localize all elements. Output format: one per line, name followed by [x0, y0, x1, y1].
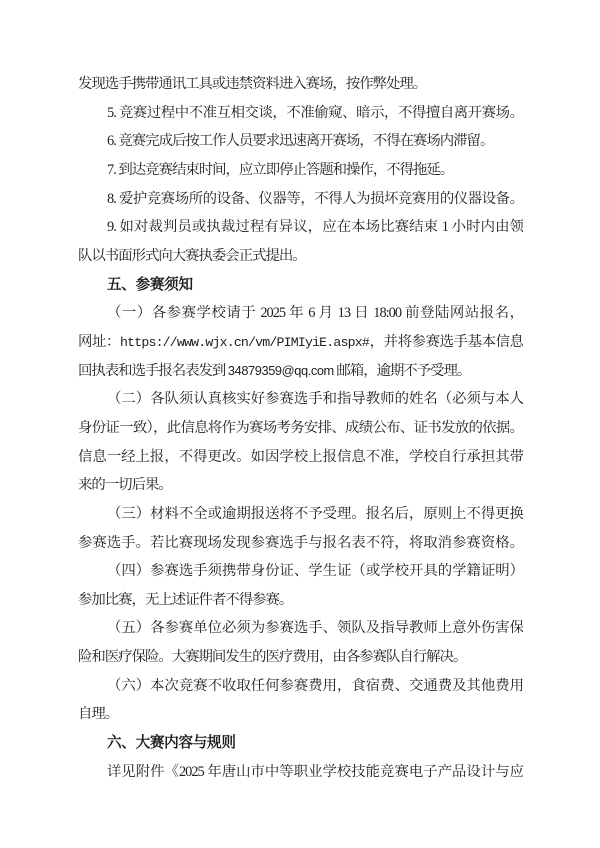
text-run: 信息一经上报，不得更改。如因学校上报信息不准，学校自行承担其带	[78, 449, 523, 465]
document-content: 发现选手携带通讯工具或违禁资料进入赛场，按作弊处理。5. 竞赛过程中不准互相交谈…	[78, 70, 523, 786]
text-run: 6. 竞赛完成后按工作人员要求迅速离开赛场，不得在赛场内滞留。	[107, 133, 493, 149]
rule-item-7: 7. 到达竞赛结束时间，应立即停止答题和操作，不得拖延。	[78, 156, 523, 185]
text-run: （五）各参赛单位必须为参赛选手、领队及指导教师上意外伤害保	[107, 620, 523, 636]
text-run: 五、参赛须知	[107, 277, 193, 293]
rule-item-5: 5. 竞赛过程中不准互相交谈，不准偷窥、暗示，不得擅自离开赛场。	[78, 99, 523, 128]
text-run: （一）各参赛学校请于 2025 年 6 月 13 日 18:00 前登陆网站报名…	[107, 305, 523, 321]
text-run: （三）材料不全或逾期报送将不予受理。报名后，原则上不得更换	[107, 506, 523, 522]
rule-item-9-line-2: 队以书面形式向大赛执委会正式提出。	[78, 242, 523, 271]
text-run: 网址：	[78, 334, 120, 350]
notice-1-line-3: 回执表和选手报名表发到 34879359@qq.com 邮箱，逾期不予受理。	[78, 357, 523, 386]
notice-5-line-1: （五）各参赛单位必须为参赛选手、领队及指导教师上意外伤害保	[78, 614, 523, 643]
text-run: （四）参赛选手须携带身份证、学生证（或学校开具的学籍证明）	[107, 563, 523, 579]
notice-3-line-2: 参赛选手。若比赛现场发现参赛选手与报名表不符，将取消参赛资格。	[78, 529, 523, 558]
rule-item-8: 8. 爱护竞赛场所的设备、仪器等，不得人为损坏竞赛用的仪器设备。	[78, 185, 523, 214]
rule-item-9-line-1: 9. 如对裁判员或执裁过程有异议，应在本场比赛结束 1 小时内由领	[78, 213, 523, 242]
text-run: （二）各队须认真核实好参赛选手和指导教师的姓名（必须与本人	[107, 391, 523, 407]
notice-3-line-1: （三）材料不全或逾期报送将不予受理。报名后，原则上不得更换	[78, 500, 523, 529]
section-6-body-line-1: 详见附件《2025 年唐山市中等职业学校技能竞赛电子产品设计与应	[78, 758, 523, 787]
notice-1-line-1: （一）各参赛学校请于 2025 年 6 月 13 日 18:00 前登陆网站报名…	[78, 299, 523, 328]
notice-6-line-2: 自理。	[78, 700, 523, 729]
text-run: ，并将参赛选手基本信息	[369, 334, 523, 350]
text-run: 参加比赛，无上述证件者不得参赛。	[78, 592, 292, 608]
text-run: 5. 竞赛过程中不准互相交谈，不准偷窥、暗示，不得擅自离开赛场。	[107, 105, 523, 121]
notice-5-line-2: 险和医疗保险。大赛期间发生的医疗费用，由各参赛队自行解决。	[78, 643, 523, 672]
notice-2-line-1: （二）各队须认真核实好参赛选手和指导教师的姓名（必须与本人	[78, 385, 523, 414]
document-page: 发现选手携带通讯工具或违禁资料进入赛场，按作弊处理。5. 竞赛过程中不准互相交谈…	[0, 0, 600, 848]
text-run: 来的一切后果。	[78, 477, 172, 493]
text-run: 自理。	[78, 706, 118, 722]
text-run: 队以书面形式向大赛执委会正式提出。	[78, 248, 306, 264]
notice-2-line-3: 信息一经上报，不得更改。如因学校上报信息不准，学校自行承担其带	[78, 443, 523, 472]
notice-2-line-4: 来的一切后果。	[78, 471, 523, 500]
text-run: 7. 到达竞赛结束时间，应立即停止答题和操作，不得拖延。	[107, 162, 453, 178]
notice-1-line-2: 网址：https://www.wjx.cn/vm/PIMIyiE.aspx#，并…	[78, 328, 523, 357]
heading-section-6: 六、大赛内容与规则	[78, 729, 523, 758]
notice-2-line-2: 身份证一致），此信息将作为赛场考务安排、成绩公布、证书发放的依据。	[78, 414, 523, 443]
registration-url: https://www.wjx.cn/vm/PIMIyiE.aspx#	[120, 335, 369, 350]
text-run: 回执表和选手报名表发到	[78, 363, 228, 379]
text-run: （六）本次竞赛不收取任何参赛费用，食宿费、交通费及其他费用	[107, 678, 523, 694]
notice-4-line-2: 参加比赛，无上述证件者不得参赛。	[78, 586, 523, 615]
text-run: 六、大赛内容与规则	[107, 735, 236, 751]
text-run: 9. 如对裁判员或执裁过程有异议，应在本场比赛结束 1 小时内由领	[107, 219, 523, 235]
text-run: 邮箱，逾期不予受理。	[334, 363, 471, 379]
para-cheating-continuation: 发现选手携带通讯工具或违禁资料进入赛场，按作弊处理。	[78, 70, 523, 99]
text-run: 险和医疗保险。大赛期间发生的医疗费用，由各参赛队自行解决。	[78, 649, 466, 665]
text-run: 发现选手携带通讯工具或违禁资料进入赛场，按作弊处理。	[78, 76, 426, 92]
text-run: 身份证一致），此信息将作为赛场考务安排、成绩公布、证书发放的依据。	[78, 420, 523, 436]
contact-email: 34879359@qq.com	[228, 363, 334, 378]
text-run: 参赛选手。若比赛现场发现参赛选手与报名表不符，将取消参赛资格。	[78, 535, 523, 551]
text-run: 详见附件《2025 年唐山市中等职业学校技能竞赛电子产品设计与应	[107, 764, 523, 780]
notice-4-line-1: （四）参赛选手须携带身份证、学生证（或学校开具的学籍证明）	[78, 557, 523, 586]
notice-6-line-1: （六）本次竞赛不收取任何参赛费用，食宿费、交通费及其他费用	[78, 672, 523, 701]
text-run: 8. 爱护竞赛场所的设备、仪器等，不得人为损坏竞赛用的仪器设备。	[107, 191, 523, 207]
rule-item-6: 6. 竞赛完成后按工作人员要求迅速离开赛场，不得在赛场内滞留。	[78, 127, 523, 156]
heading-section-5: 五、参赛须知	[78, 271, 523, 300]
